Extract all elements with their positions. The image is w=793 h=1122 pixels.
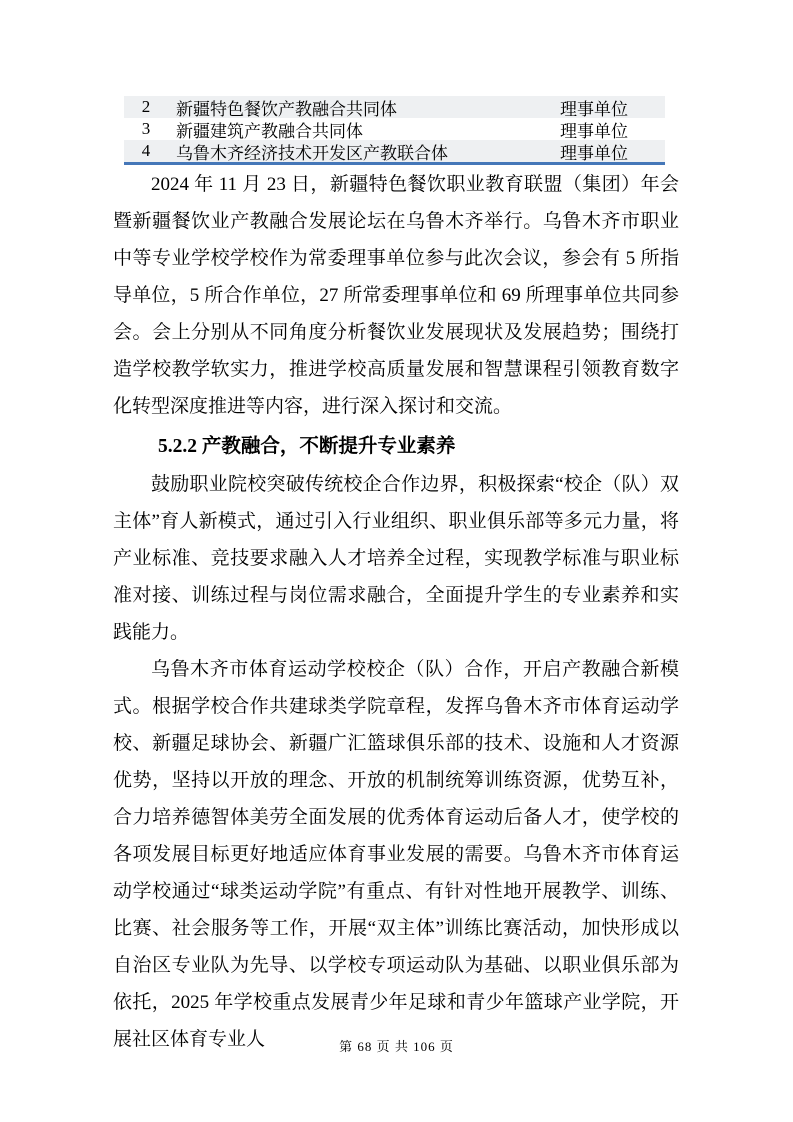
table-row: 3 新疆建筑产教融合共同体 理事单位: [124, 118, 665, 140]
table-row: 2 新疆特色餐饮产教融合共同体 理事单位: [124, 96, 665, 118]
page-number-footer: 第 68 页 共 106 页: [0, 1036, 793, 1055]
paragraph-sports-school: 乌鲁木齐市体育运动学校校企（队）合作，开启产教融合新模式。根据学校合作共建球类学…: [113, 651, 679, 1058]
table-cell-index: 4: [124, 141, 168, 161]
table-cell-name: 乌鲁木齐经济技术开发区产教联合体: [168, 139, 545, 164]
table-cell-role: 理事单位: [545, 139, 665, 164]
document-page: 2 新疆特色餐饮产教融合共同体 理事单位 3 新疆建筑产教融合共同体 理事单位 …: [0, 0, 793, 1122]
table-cell-index: 3: [124, 119, 168, 139]
table-row: 4 乌鲁木齐经济技术开发区产教联合体 理事单位: [124, 140, 665, 162]
section-heading-5-2-2: 5.2.2 产教融合，不断提升专业素养: [113, 428, 679, 465]
document-body: 2024 年 11 月 23 日，新疆特色餐饮职业教育联盟（集团）年会暨新疆餐饮…: [113, 166, 679, 1058]
membership-table: 2 新疆特色餐饮产教融合共同体 理事单位 3 新疆建筑产教融合共同体 理事单位 …: [124, 96, 665, 165]
paragraph-annual-meeting: 2024 年 11 月 23 日，新疆特色餐饮职业教育联盟（集团）年会暨新疆餐饮…: [113, 166, 679, 425]
table-cell-index: 2: [124, 97, 168, 117]
paragraph-school-enterprise: 鼓励职业院校突破传统校企合作边界，积极探索“校企（队）双主体”育人新模式，通过引…: [113, 466, 679, 651]
